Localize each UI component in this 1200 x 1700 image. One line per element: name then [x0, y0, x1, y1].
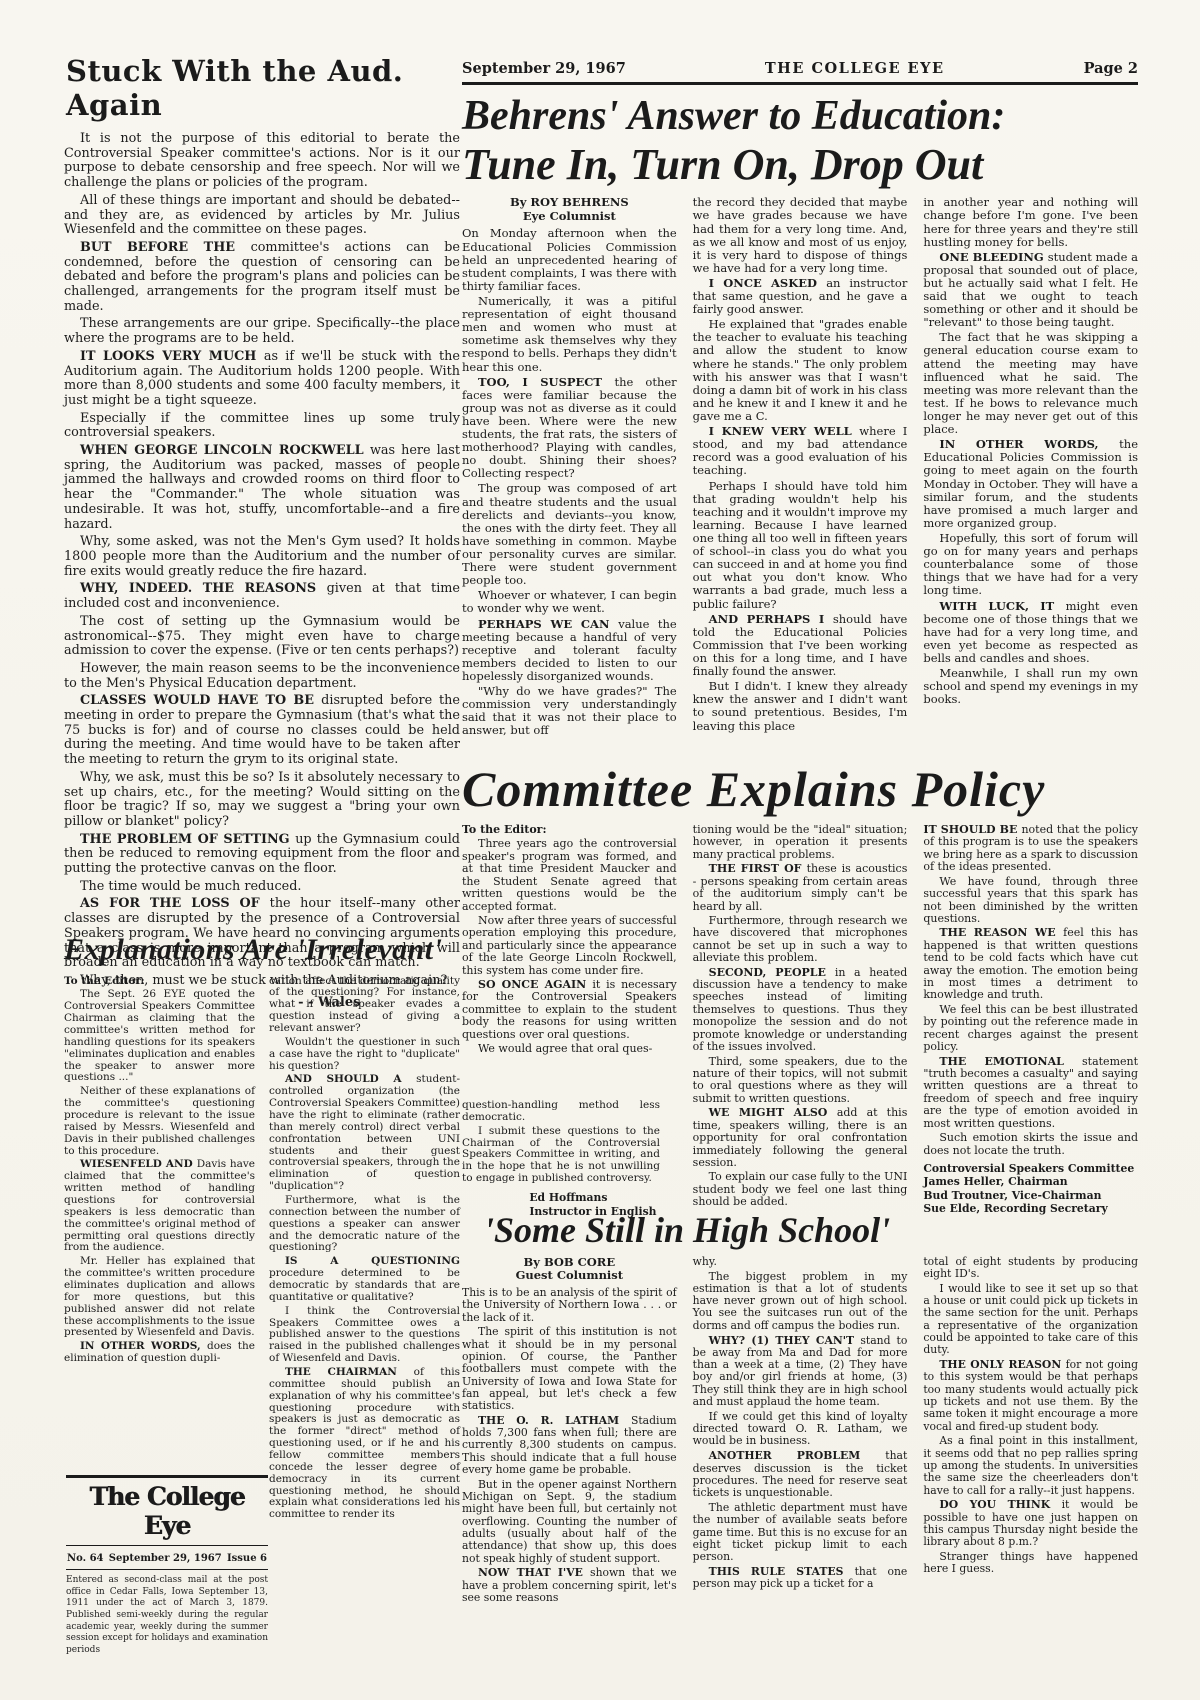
- behrens-columns: By ROY BEHRENS Eye Columnist On Monday a…: [462, 196, 1138, 739]
- paragraph: Mr. Heller has explained that the commit…: [64, 1256, 255, 1339]
- paragraph: I would like to see it set up so that a …: [923, 1283, 1138, 1357]
- paragraph: All of these things are important and sh…: [64, 194, 460, 238]
- editorial-headline: Stuck With the Aud. Again: [66, 54, 460, 122]
- column-text: tioning would be the "ideal" situation; …: [693, 824, 908, 1209]
- masthead: The College Eye No. 64 September 29, 196…: [66, 1475, 268, 1657]
- paragraph: Hopefully, this sort of forum will go on…: [923, 532, 1138, 598]
- column-text: This is to be an analysis of the spirit …: [462, 1287, 677, 1604]
- signature-line: Ed Hoffmans: [529, 1191, 660, 1205]
- paragraph: THE CHAIRMAN of this committee should pu…: [269, 1367, 460, 1521]
- paragraph: tioning would be the "ideal" situation; …: [693, 824, 908, 861]
- header-date: September 29, 1967: [462, 60, 626, 77]
- paragraph: TOO, I SUSPECT the other faces were fami…: [462, 376, 677, 481]
- paragraph: Three years ago the controversial speake…: [462, 838, 677, 913]
- article-column: By BOB CORE Guest Columnist This is to b…: [462, 1256, 677, 1607]
- article-kicker: Behrens' Answer to Education:: [462, 94, 1138, 138]
- paragraph: IT LOOKS VERY MUCH as if we'll be stuck …: [64, 350, 460, 409]
- column-text: in another year and nothing will change …: [923, 196, 1138, 706]
- paragraph: But in the opener against Northern Michi…: [462, 1479, 677, 1565]
- paragraph: THE O. R. LATHAM Stadium holds 7,300 fan…: [462, 1415, 677, 1476]
- article-column: By ROY BEHRENS Eye Columnist On Monday a…: [462, 196, 677, 739]
- paragraph: IS A QUESTIONING procedure determined to…: [269, 1256, 460, 1303]
- explanations-continuation: question-handling method less democratic…: [462, 1100, 660, 1219]
- byline-title: Guest Columnist: [462, 1269, 677, 1283]
- paragraph: Such emotion skirts the issue and does n…: [923, 1132, 1138, 1157]
- paragraph: AND PERHAPS I should have told the Educa…: [693, 613, 908, 679]
- byline: By ROY BEHRENS: [462, 196, 677, 210]
- masthead-rule: The College Eye: [66, 1475, 268, 1546]
- paragraph: The biggest problem in my estimation is …: [693, 1271, 908, 1332]
- explanations-columns: To the Editor:The Sept. 26 EYE quoted th…: [64, 976, 460, 1524]
- column-text: On Monday afternoon when the Educational…: [462, 227, 677, 737]
- paragraph: why.: [693, 1256, 908, 1268]
- signature-line: James Heller, Chairman: [923, 1175, 1138, 1188]
- paragraph: THE EMOTIONAL statement "truth becomes a…: [923, 1056, 1138, 1131]
- column-text: To the Editor:Three years ago the contro…: [462, 824, 677, 1056]
- paragraph: ONE BLEEDING student made a proposal tha…: [923, 251, 1138, 330]
- masthead-issue: Issue 6: [227, 1553, 267, 1564]
- paragraph: I think the Controversial Speakers Commi…: [269, 1306, 460, 1365]
- column-text: IT SHOULD BE noted that the policy of th…: [923, 824, 1138, 1157]
- paragraph: THE ONLY REASON for not going to this sy…: [923, 1359, 1138, 1433]
- paragraph: ANOTHER PROBLEM that deserves discussion…: [693, 1450, 908, 1499]
- column-text: total of eight students by producing eig…: [923, 1256, 1138, 1576]
- paragraph: cation affect the democratic quality of …: [269, 976, 460, 1035]
- paragraph: These arrangements are our gripe. Specif…: [64, 317, 460, 346]
- paragraph: IT SHOULD BE noted that the policy of th…: [923, 824, 1138, 874]
- paragraph: "Why do we have grades?" The commission …: [462, 685, 677, 737]
- explanations-article: Explanations Are 'Irrelevant' To the Edi…: [64, 934, 460, 1523]
- editorial-article: Stuck With the Aud. Again It is not the …: [64, 54, 460, 1010]
- paragraph: If we could get this kind of loyalty dir…: [693, 1411, 908, 1448]
- column-text: cation affect the democratic quality of …: [269, 976, 460, 1522]
- paragraph: Stranger things have happened here I gue…: [923, 1551, 1138, 1576]
- paragraph: As a final point in this installment, it…: [923, 1435, 1138, 1496]
- article-headline: 'Some Still in High School': [484, 1212, 1138, 1250]
- column-text: To the Editor:The Sept. 26 EYE quoted th…: [64, 976, 255, 1366]
- paragraph: This is to be an analysis of the spirit …: [462, 1287, 677, 1324]
- behrens-article: Behrens' Answer to Education: Tune In, T…: [462, 94, 1138, 740]
- newspaper-page: Stuck With the Aud. Again It is not the …: [0, 0, 1200, 1700]
- paragraph: THIS RULE STATES that one person may pic…: [693, 1566, 908, 1591]
- paragraph: SO ONCE AGAIN it is necessary for the Co…: [462, 979, 677, 1041]
- paragraph: We feel this can be best illustrated by …: [923, 1004, 1138, 1054]
- paragraph: Third, some speakers, due to the nature …: [693, 1056, 908, 1106]
- signature-line: Bud Troutner, Vice-Chairman: [923, 1189, 1138, 1202]
- paragraph: I ONCE ASKED an instructor that same que…: [693, 277, 908, 316]
- byline: By BOB CORE: [462, 1256, 677, 1270]
- masthead-date: September 29, 1967: [109, 1553, 222, 1564]
- paragraph: The athletic department must have the nu…: [693, 1502, 908, 1563]
- article-column: why.The biggest problem in my estimation…: [693, 1256, 908, 1607]
- paragraph: AND SHOULD A student-controlled organiza…: [269, 1074, 460, 1193]
- paragraph: To explain our case fully to the UNI stu…: [693, 1171, 908, 1208]
- paragraph: SECOND, PEOPLE in a heated discussion ha…: [693, 967, 908, 1054]
- paragraph: The group was composed of art and theatr…: [462, 482, 677, 587]
- paragraph: THE PROBLEM OF SETTING up the Gymnasium …: [64, 833, 460, 877]
- paragraph: I KNEW VERY WELL where I stood, and my b…: [693, 425, 908, 477]
- paragraph: He explained that "grades enable the tea…: [693, 318, 908, 423]
- article-column: cation affect the democratic quality of …: [269, 976, 460, 1524]
- paragraph: Whoever or whatever, I can begin to wond…: [462, 589, 677, 615]
- editorial-body: It is not the purpose of this editorial …: [64, 132, 460, 989]
- paragraph: To the Editor:: [462, 824, 677, 836]
- paragraph: question-handling method less democratic…: [462, 1100, 660, 1124]
- page-header: September 29, 1967 THE COLLEGE EYE Page …: [462, 60, 1138, 85]
- paragraph: Meanwhile, I shall run my own school and…: [923, 667, 1138, 706]
- paragraph: Numerically, it was a pitiful representa…: [462, 295, 677, 374]
- some-still-columns: By BOB CORE Guest Columnist This is to b…: [462, 1256, 1138, 1607]
- paragraph: total of eight students by producing eig…: [923, 1256, 1138, 1281]
- article-headline: Tune In, Turn On, Drop Out: [462, 142, 1138, 188]
- paragraph: The fact that he was skipping a general …: [923, 331, 1138, 436]
- paragraph: We have found, through three successful …: [923, 876, 1138, 926]
- article-column: total of eight students by producing eig…: [923, 1256, 1138, 1607]
- column-text: why.The biggest problem in my estimation…: [693, 1256, 908, 1591]
- article-column: To the Editor:The Sept. 26 EYE quoted th…: [64, 976, 255, 1524]
- paragraph: We would agree that oral ques-: [462, 1043, 677, 1055]
- header-masthead: THE COLLEGE EYE: [765, 60, 945, 77]
- paragraph: Wouldn't the questioner in such a case h…: [269, 1037, 460, 1073]
- paragraph: Perhaps I should have told him that grad…: [693, 480, 908, 611]
- paragraph: PERHAPS WE CAN value the meeting because…: [462, 618, 677, 684]
- paragraph: But I didn't. I knew they already knew t…: [693, 680, 908, 732]
- paragraph: Why, we ask, must this be so? Is it abso…: [64, 771, 460, 830]
- paragraph: It is not the purpose of this editorial …: [64, 132, 460, 191]
- paragraph: WITH LUCK, IT might even become one of t…: [923, 600, 1138, 666]
- paragraph: CLASSES WOULD HAVE TO BE disrupted befor…: [64, 694, 460, 768]
- paragraph: NOW THAT I'VE shown that we have a probl…: [462, 1567, 677, 1604]
- paragraph: Why, some asked, was not the Men's Gym u…: [64, 535, 460, 579]
- article-column: tioning would be the "ideal" situation; …: [693, 824, 908, 1216]
- paragraph: Neither of these explanations of the com…: [64, 1086, 255, 1157]
- signature-line: Controversial Speakers Committee: [923, 1162, 1138, 1175]
- paragraph: The time would be much reduced.: [64, 880, 460, 895]
- paragraph: I submit these questions to the Chairman…: [462, 1126, 660, 1185]
- column-text: question-handling method less democratic…: [462, 1100, 660, 1185]
- paragraph: in another year and nothing will change …: [923, 196, 1138, 248]
- paragraph: WE MIGHT ALSO add at this time, speakers…: [693, 1107, 908, 1169]
- paragraph: The Sept. 26 EYE quoted the Controversia…: [64, 989, 255, 1084]
- masthead-fine-print: Entered as second-class mail at the post…: [66, 1575, 268, 1657]
- article-headline: Committee Explains Policy: [462, 764, 1138, 814]
- paragraph: Furthermore, what is the connection betw…: [269, 1195, 460, 1254]
- paragraph: The cost of setting up the Gymnasium wou…: [64, 615, 460, 659]
- paragraph: WIESENFELD AND Davis have claimed that t…: [64, 1159, 255, 1254]
- paragraph: IN OTHER WORDS, does the elimination of …: [64, 1341, 255, 1365]
- paragraph: IN OTHER WORDS, the Educational Policies…: [923, 438, 1138, 530]
- paragraph: DO YOU THINK it would be possible to hav…: [923, 1499, 1138, 1548]
- committee-signature: Controversial Speakers CommitteeJames He…: [923, 1162, 1138, 1216]
- paragraph: On Monday afternoon when the Educational…: [462, 227, 677, 293]
- article-headline: Explanations Are 'Irrelevant': [64, 934, 460, 966]
- paragraph: Especially if the committee lines up som…: [64, 412, 460, 441]
- paragraph: However, the main reason seems to be the…: [64, 662, 460, 691]
- paragraph: To the Editor:: [64, 976, 255, 988]
- byline-title: Eye Columnist: [462, 210, 677, 224]
- article-column: IT SHOULD BE noted that the policy of th…: [923, 824, 1138, 1216]
- paragraph: THE FIRST OF these is acoustics - person…: [693, 863, 908, 913]
- paragraph: WHY, INDEED. THE REASONS given at that t…: [64, 582, 460, 611]
- masthead-issue-line: No. 64 September 29, 1967 Issue 6: [66, 1548, 268, 1570]
- header-page-number: Page 2: [1084, 60, 1138, 77]
- masthead-logo: The College Eye: [66, 1482, 268, 1540]
- paragraph: THE REASON WE feel this has happened is …: [923, 927, 1138, 1002]
- column-text: the record they decided that maybe we ha…: [693, 196, 908, 732]
- paragraph: BUT BEFORE THE committee's actions can b…: [64, 241, 460, 315]
- some-still-article: 'Some Still in High School' By BOB CORE …: [462, 1212, 1138, 1607]
- paragraph: Now after three years of successful oper…: [462, 915, 677, 977]
- paragraph: WHY? (1) THEY CAN'T stand to be away fro…: [693, 1335, 908, 1409]
- article-column: the record they decided that maybe we ha…: [693, 196, 908, 739]
- paragraph: The spirit of this institution is not wh…: [462, 1326, 677, 1412]
- paragraph: Furthermore, through research we have di…: [693, 915, 908, 965]
- paragraph: the record they decided that maybe we ha…: [693, 196, 908, 275]
- article-column: in another year and nothing will change …: [923, 196, 1138, 739]
- masthead-number: No. 64: [67, 1553, 104, 1564]
- paragraph: WHEN GEORGE LINCOLN ROCKWELL was here la…: [64, 444, 460, 532]
